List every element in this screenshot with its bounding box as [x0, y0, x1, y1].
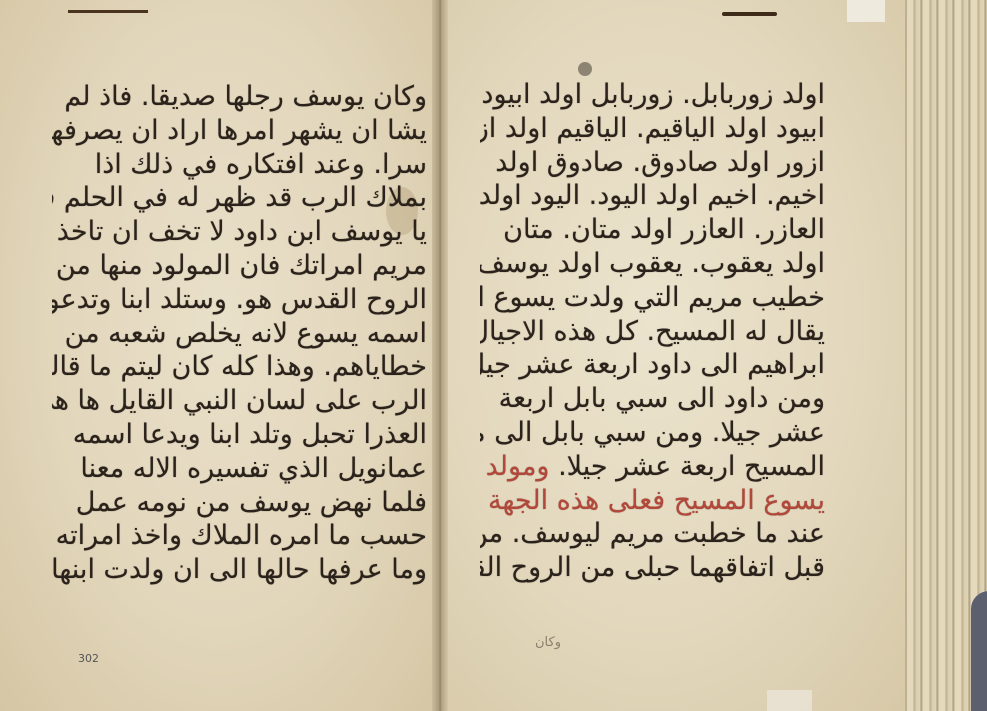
paper-tab-top: [847, 0, 885, 22]
text-line: يشا ان يشهر امرها اراد ان يصرفها: [52, 114, 427, 148]
text-line: عمانويل الذي تفسيره الاله معنا: [52, 452, 427, 486]
parchment-hole: [578, 62, 592, 76]
text-line: الرب على لسان النبي القايل ها هي: [52, 384, 427, 418]
text-line: بملاك الرب قد ظهر له في الحلم قايلا: [52, 181, 427, 215]
text-line: اخيم. اخيم اولد اليود. اليود اولد: [480, 179, 825, 213]
top-ink-mark-left: [68, 0, 148, 13]
text-line: خطيب مريم التي ولدت يسوع الذي: [480, 281, 825, 315]
text-line: العذرا تحبل وتلد ابنا ويدعا اسمه: [52, 418, 427, 452]
text-line: عشر جيلا. ومن سبي بابل الى مجي: [480, 416, 825, 450]
text-line: مريم امراتك فان المولود منها من: [52, 249, 427, 283]
text-line: المسيح اربعة عشر جيلا. ومولد: [480, 450, 825, 484]
folio-number: 302: [78, 652, 99, 665]
top-ink-mark-right: [722, 12, 777, 16]
right-page-text: اولد زوربابل. زوربابل اولد ابيود. ابيود …: [480, 78, 825, 585]
text-line: اولد يعقوب. يعقوب اولد يوسف: [480, 247, 825, 281]
paper-tab-bottom: [767, 690, 812, 711]
catchword: وكان: [535, 635, 561, 650]
text-line: ازور اولد صادوق. صادوق اولد: [480, 146, 825, 180]
text-line: سرا. وعند افتكاره في ذلك اذا: [52, 148, 427, 182]
text-line: خطاياهم. وهذا كله كان ليتم ما قاله: [52, 350, 427, 384]
text-line: ابراهيم الى داود اربعة عشر جيل.: [480, 348, 825, 382]
text-line: اولد زوربابل. زوربابل اولد ابيود.: [480, 78, 825, 112]
text-line: ابيود اولد الياقيم. الياقيم اولد ازور.: [480, 112, 825, 146]
text-line: عند ما خطبت مريم ليوسف. من: [480, 517, 825, 551]
text-line: اسمه يسوع لانه يخلص شعبه من: [52, 317, 427, 351]
text-line: حسب ما امره الملاك واخذ امراته: [52, 519, 427, 553]
rubric-text: ومولد: [486, 451, 550, 482]
manuscript-spread: وكان يوسف رجلها صديقا. فاذ لم يشا ان يشه…: [0, 0, 987, 711]
text-line: قبل اتفاقهما حبلى من الروح القدس: [480, 551, 825, 585]
text-line: وما عرفها حالها الى ان ولدت ابنها: [52, 553, 427, 587]
text-line: فلما نهض يوسف من نومه عمل: [52, 486, 427, 520]
text-line: وكان يوسف رجلها صديقا. فاذ لم: [52, 80, 427, 114]
text-line: الروح القدس هو. وستلد ابنا وتدعوا: [52, 283, 427, 317]
text-line: العازر. العازر اولد متان. متان: [480, 213, 825, 247]
text-line: يقال له المسيح. كل هذه الاجيال من: [480, 315, 825, 349]
text-line: ومن داود الى سبي بابل اربعة: [480, 382, 825, 416]
text-line: يا يوسف ابن داود لا تخف ان تاخذ: [52, 215, 427, 249]
left-page-text: وكان يوسف رجلها صديقا. فاذ لم يشا ان يشه…: [52, 80, 427, 587]
rubric-line: يسوع المسيح فعلى هذه الجهة كان.: [480, 484, 825, 518]
page-edges: [905, 0, 987, 711]
book-gutter: [432, 0, 448, 711]
text-segment: المسيح اربعة عشر جيلا.: [558, 451, 825, 482]
